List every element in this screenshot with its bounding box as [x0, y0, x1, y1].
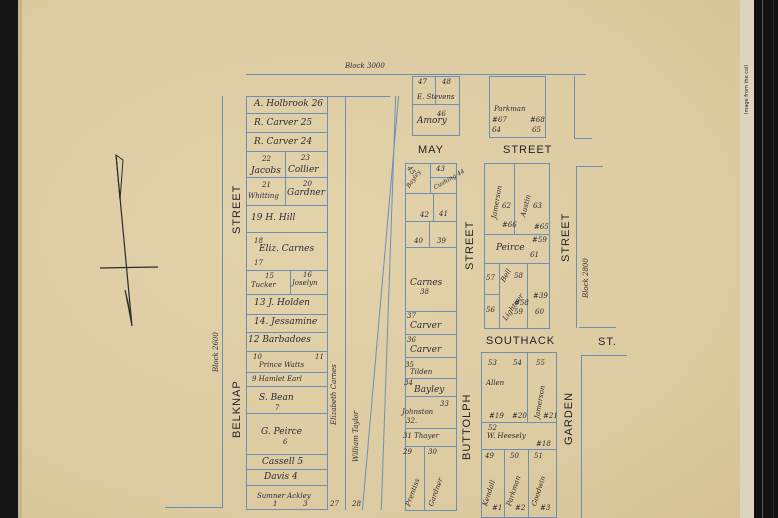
lot-divider: [246, 351, 328, 352]
lot-2b: #2: [515, 505, 525, 512]
lot-42: 42: [420, 212, 429, 219]
belknap-west-bottom: [165, 507, 223, 508]
lot-22-num: 22: [262, 156, 271, 163]
lot-divider: [405, 396, 457, 397]
lot-divider: [246, 205, 328, 206]
lot-20-owner: Gardner: [287, 189, 325, 198]
southack-label: SOUTHACK: [486, 336, 555, 347]
lot-6-owner: G. Peirce: [261, 428, 302, 437]
lot-23-num: 23: [301, 155, 310, 162]
lot-7-num: 7: [275, 405, 279, 412]
lot-46-owner: Amory: [417, 117, 447, 126]
lot-65: 65: [532, 127, 541, 134]
block-3000-label: Block 3000: [345, 63, 385, 70]
lot-29-num: 29: [403, 449, 412, 456]
buttolph-label: BUTTOLPH: [462, 394, 473, 460]
lot-divider: [246, 314, 328, 315]
lot-divider: [527, 263, 528, 329]
lot-divider: [484, 234, 550, 235]
lot-20b: #20: [512, 413, 527, 420]
lot-43: 43: [436, 166, 445, 173]
block-2600-label: Block 2600: [213, 332, 220, 372]
lot-divider: [246, 132, 328, 133]
lot-28-num: 28: [352, 501, 361, 508]
lot-65b: #65: [534, 224, 549, 231]
lot-divider: [246, 485, 328, 486]
lot-divider: [246, 469, 328, 470]
lot-53: 53: [488, 360, 497, 367]
lot-divider: [290, 270, 291, 294]
lot-16-owner: Joselyn: [292, 280, 317, 287]
lot-56: 56: [486, 307, 495, 314]
block-line-se-top: [581, 355, 627, 356]
lot-49: 49: [485, 453, 494, 460]
may-label: MAY: [418, 145, 444, 156]
block-2800-line: [576, 166, 577, 328]
lot-61: 61: [530, 252, 539, 259]
lot-divider: [429, 221, 430, 247]
lot-36-owner: Carver: [410, 346, 441, 355]
lot-48: 48: [442, 79, 451, 86]
lot-divider: [246, 294, 328, 295]
lot-54: 54: [513, 360, 522, 367]
lot-divider: [430, 163, 431, 193]
lot-50: 50: [510, 453, 519, 460]
lot-27-num: 27: [330, 501, 339, 508]
block-2800-label: Block 2800: [583, 258, 590, 298]
lot-22-owner: Jacobs: [251, 167, 281, 176]
strip-divider-1: [345, 96, 346, 510]
lot-58b: #58: [514, 300, 529, 307]
garden-label: GARDEN: [564, 392, 575, 445]
lot-1-owner: Sumner Ackley: [257, 493, 311, 500]
lot-divider: [481, 449, 557, 450]
lot-parkman-owner: Parkman: [494, 106, 525, 113]
lot-divider: [246, 151, 328, 152]
lot-51: 51: [534, 453, 543, 460]
lot-37-owner: Carver: [410, 322, 441, 331]
lot-18-owner: Eliz. Carnes: [259, 245, 314, 254]
lot-divider: [246, 232, 328, 233]
lot-divider: [504, 449, 505, 518]
lot-11-num: 11: [315, 354, 324, 361]
lot-31: 31 Thayer: [403, 433, 439, 440]
lot-13: 13 J. Holden: [254, 299, 310, 308]
lot-6-num: 6: [283, 439, 287, 446]
lot-37-num: 37: [407, 313, 416, 320]
lot-divider: [405, 193, 457, 194]
lot-39: 39: [437, 238, 446, 245]
lot-21-owner: Whitting: [248, 193, 279, 200]
lot-39b: #39: [533, 293, 548, 300]
lot-1b: #1: [492, 505, 502, 512]
lot-divider: [246, 177, 328, 178]
lot-divider: [412, 104, 460, 105]
lot-21-num: 21: [262, 182, 271, 189]
lot-55: 55: [536, 360, 545, 367]
lot-57: 57: [486, 275, 495, 282]
lot-divider: [246, 386, 328, 387]
lot-68: #68: [530, 117, 545, 124]
lot-divider: [405, 428, 457, 429]
lot-divider: [481, 422, 557, 423]
lot-divider: [528, 449, 529, 518]
thread-overlay: [762, 0, 774, 518]
lot-divider: [433, 193, 434, 221]
lot-66: #66: [502, 222, 517, 229]
lot-34-owner: Bayley: [414, 386, 444, 395]
lot-63: 63: [533, 203, 542, 210]
belknap-label: BELKNAP: [232, 380, 243, 438]
side-label-text: Image from the coll: [744, 4, 752, 114]
block-line: [574, 138, 592, 139]
lot-60: 60: [535, 309, 544, 316]
lot-divider: [246, 413, 328, 414]
lot-divider: [246, 372, 328, 373]
lot-4: Davis 4: [264, 473, 298, 482]
lot-38-num: 38: [420, 289, 429, 296]
lot-35-owner: Tilden: [410, 369, 432, 376]
lot-17: 17: [254, 260, 263, 267]
lot-59b: 59: [514, 309, 523, 316]
strip-top: [328, 96, 390, 97]
lot-40: 40: [414, 238, 423, 245]
lot-19: 19 H. Hill: [251, 214, 295, 223]
lot-62: 62: [502, 203, 511, 210]
garden-street-label-north: STREET: [561, 213, 572, 262]
lot-67: #67: [492, 117, 507, 124]
lot-3-num: 3: [303, 501, 307, 508]
lot-30-num: 30: [428, 449, 437, 456]
lot-58: 58: [514, 273, 523, 280]
lot-24: R. Carver 24: [254, 138, 312, 147]
lot-33-num: 33: [440, 401, 449, 408]
lot-10-num: 10: [253, 354, 262, 361]
lot-27-owner: Elizabeth Carnes: [331, 364, 338, 425]
lot-divider: [285, 151, 286, 205]
lot-47: 47: [418, 79, 427, 86]
lot-32-owner: Johnston: [402, 409, 433, 416]
lot-divider: [246, 270, 328, 271]
lot-divider: [246, 113, 328, 114]
lot-25: R. Carver 25: [254, 119, 312, 128]
lot-10-owner: Prince Watts: [259, 362, 304, 369]
block-line: [574, 76, 575, 138]
lot-7-owner: S. Bean: [259, 394, 294, 403]
lot-36-num: 36: [407, 337, 416, 344]
sheet-edge: [18, 0, 22, 518]
lot-19b: #19: [489, 413, 504, 420]
lot-divider: [424, 446, 425, 511]
lot-23-owner: Collier: [288, 166, 319, 175]
lot-52: 52: [488, 425, 497, 432]
lot-allen-owner: Allen: [486, 380, 504, 387]
belknap-west-line: [222, 96, 223, 508]
buttolph-street-label: STREET: [465, 221, 476, 270]
lot-3b: #3: [540, 505, 550, 512]
lot-64: 64: [492, 127, 501, 134]
lot-38-owner: Carnes: [410, 279, 442, 288]
lot-divider: [405, 221, 457, 222]
block-2800-bottom: [579, 327, 616, 328]
lot-28-owner: William Taylor: [353, 411, 360, 462]
lot-divider: [484, 263, 550, 264]
lot-divider: [405, 247, 457, 248]
lot-divider: [405, 446, 457, 447]
lot-heesely-owner: W. Heesely: [487, 433, 526, 440]
block-line-se: [581, 355, 582, 518]
lot-divider: [484, 294, 499, 295]
belknap-street-label: STREET: [232, 185, 243, 234]
lot-divider: [405, 357, 457, 358]
lot-32-num: 32.: [406, 418, 417, 425]
block-3000-line: [246, 74, 586, 75]
lot-34-num: 34: [404, 380, 413, 387]
lot-20-num: 20: [303, 181, 312, 188]
lot-1-num: 1: [273, 501, 277, 508]
lot-26: A. Holbrook 26: [254, 100, 323, 109]
lot-12: 12 Barbadoes: [248, 336, 311, 345]
lot-14: 14. Jessamine: [254, 318, 317, 327]
lot-divider: [405, 334, 457, 335]
lot-15-num: 15: [265, 273, 274, 280]
lot-41: 41: [439, 211, 448, 218]
lot-peirce-owner: Peirce: [496, 244, 525, 253]
lot-18b: #18: [536, 441, 551, 448]
southack-st-label: ST.: [598, 337, 617, 348]
lot-15-owner: Tucker: [251, 282, 276, 289]
lot-21b: #21: [543, 413, 558, 420]
lot-16-num: 16: [303, 272, 312, 279]
lot-59: #59: [532, 237, 547, 244]
north-arrow-icon: [98, 150, 160, 330]
block-2800-top: [576, 166, 603, 167]
lot-divider: [246, 454, 328, 455]
lot-divider: [499, 263, 500, 329]
lot-5: Cassell 5: [262, 458, 303, 467]
may-street-label: STREET: [503, 145, 552, 156]
lot-divider: [527, 352, 528, 422]
lot-stevens: E. Stevens: [417, 94, 455, 101]
lot-divider: [246, 332, 328, 333]
lot-9: 9 Hamlet Earl: [252, 376, 302, 383]
